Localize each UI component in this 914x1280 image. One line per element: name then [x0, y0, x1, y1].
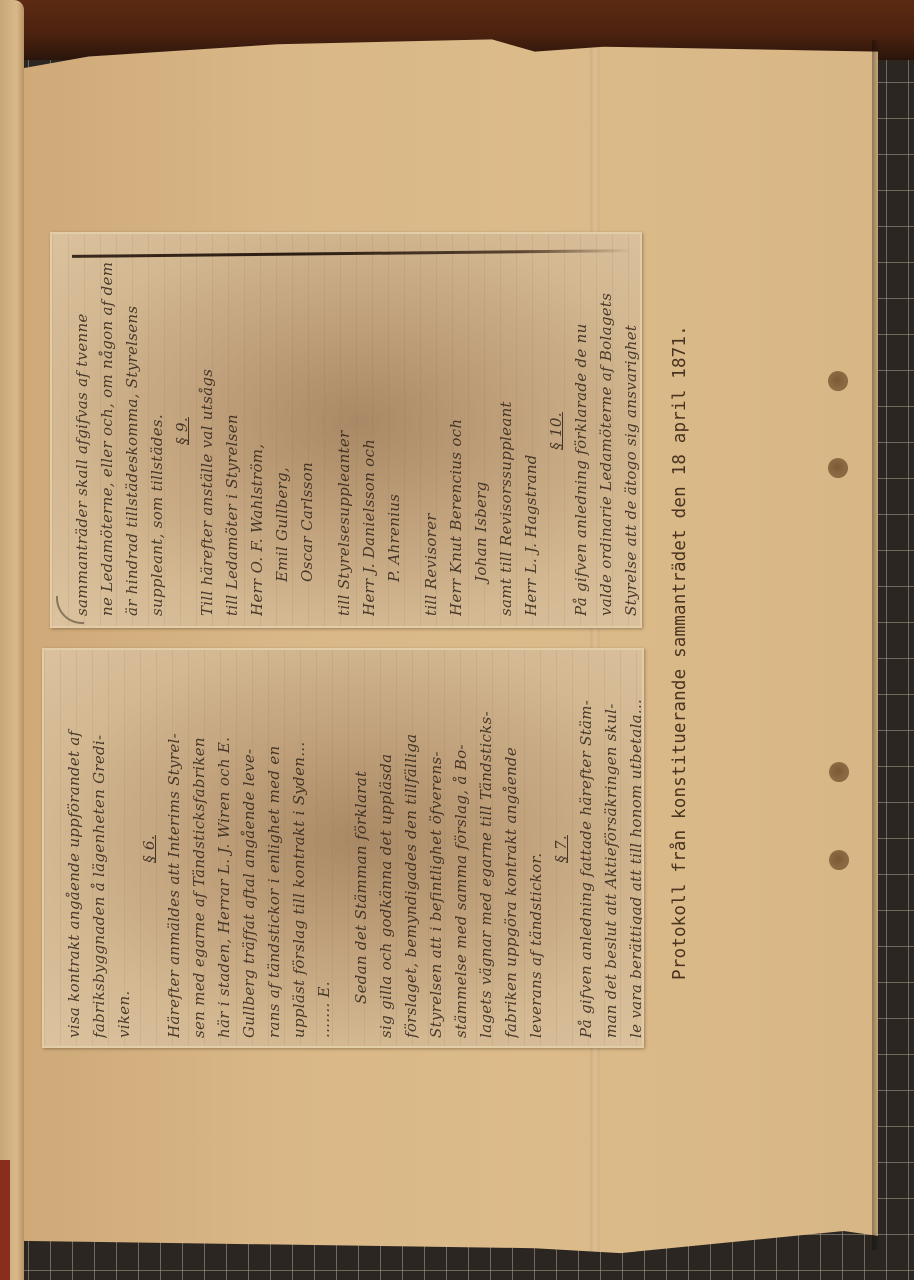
hand-line: till Ledamöter i Styrelsen [220, 246, 245, 616]
hand-line: Herr O. F. Wahlström, [245, 246, 270, 616]
binder-hole [829, 850, 849, 870]
handwritten-page-upper: sammanträder skall afgifvas af tvenne ne… [50, 232, 642, 628]
hand-line: Styrelsen att i befintlighet öfverens- [424, 660, 449, 1038]
hand-line: På gifven anledning förklarade de nu [569, 246, 594, 616]
hand-line: till Revisorer [419, 246, 444, 616]
line-gap [320, 246, 332, 616]
hand-line: Till härefter anställe val utsågs [195, 246, 220, 616]
line-gap [337, 660, 349, 1038]
binder-hole [829, 762, 849, 782]
hand-line: Oscar Carlsson [295, 246, 320, 616]
hand-line: man det beslut att Aktieförsäkringen sku… [599, 660, 624, 1038]
hand-line: Johan Isberg [469, 246, 494, 616]
hand-line: På gifven anledning fattade härefter Stä… [574, 660, 599, 1038]
hand-line: rans af tändstickor i enlighet med en [262, 660, 287, 1038]
hand-line: Herr L. J. Hagstrand [519, 246, 544, 616]
hand-line: samt till Revisorssuppleant [494, 246, 519, 616]
hand-line: le vara berättigad att till honom utbeta… [624, 660, 644, 1038]
hand-line: Emil Gullberg, [270, 246, 295, 616]
hand-line: här i staden, Herrar L. J. Wiren och E. [212, 660, 237, 1038]
handwritten-text: visa kontrakt angående uppförandet af fa… [62, 660, 644, 1038]
hand-line: förslaget, bemyndigades den tillfälliga [399, 660, 424, 1038]
typed-caption: Protokoll från konstituerande sammanträd… [670, 325, 690, 980]
hand-line: ne Ledamöterne, eller och, om någon af d… [95, 246, 120, 616]
hand-line: leverans af tändstickor. [524, 660, 549, 1038]
section-heading: § 10. [544, 246, 569, 616]
hand-line: sig gilla och godkänna det uppläsda [374, 660, 399, 1038]
hand-line: fabriksbyggnaden å lägenheten Gredi- [87, 660, 112, 1038]
hand-line: P. Ahrenius [382, 246, 407, 616]
hand-line: viken. [112, 660, 137, 1038]
hand-line: Herr J. Danielsson och [357, 246, 382, 616]
hand-line: ....... E. [312, 660, 337, 1038]
hand-line: suppleant, som tillstädes. [145, 246, 170, 616]
hand-line: sen med egarne af Tändsticksfabriken [187, 660, 212, 1038]
section-heading: § 9. [170, 246, 195, 616]
sheet-fold [590, 32, 600, 1258]
hand-line: till Styrelsesuppleanter [332, 246, 357, 616]
hand-line: Härefter anmäldes att Interims Styrel- [162, 660, 187, 1038]
hand-line: stämmelse med samma förslag, å Bo- [449, 660, 474, 1038]
section-heading: § 7. [549, 660, 574, 1038]
hand-line: visa kontrakt angående uppförandet af [62, 660, 87, 1038]
handwritten-text: sammanträder skall afgifvas af tvenne ne… [70, 246, 642, 616]
hand-line: fabriken uppgöra kontrakt angående [499, 660, 524, 1038]
binder-hole [828, 371, 848, 391]
hand-line: Styrelse att de ätogo sig ansvarighet [619, 246, 642, 616]
hand-line: Sedan det Stämman förklarat [349, 660, 374, 1038]
hand-line: valde ordinarie Ledamöterne af Bolagets [594, 246, 619, 616]
line-gap [407, 246, 419, 616]
hand-line: sammanträder skall afgifvas af tvenne [70, 246, 95, 616]
hand-line: Gullberg träffat aftal angående leve- [237, 660, 262, 1038]
binder-hole [828, 458, 848, 478]
sheet-edge-shadow [872, 40, 880, 1250]
handwritten-page-lower: visa kontrakt angående uppförandet af fa… [42, 648, 644, 1048]
hand-line: är hindrad tillstädeskomma, Styrelsens [120, 246, 145, 616]
hand-line: lagets vägnar med egarne till Tändsticks… [474, 660, 499, 1038]
album-sheet [20, 32, 878, 1258]
album-left-leaf [0, 0, 24, 1280]
section-heading: § 6. [137, 660, 162, 1038]
hand-line: Herr Knut Berencius och [444, 246, 469, 616]
hand-line: uppläst förslag till kontrakt i Syden... [287, 660, 312, 1038]
